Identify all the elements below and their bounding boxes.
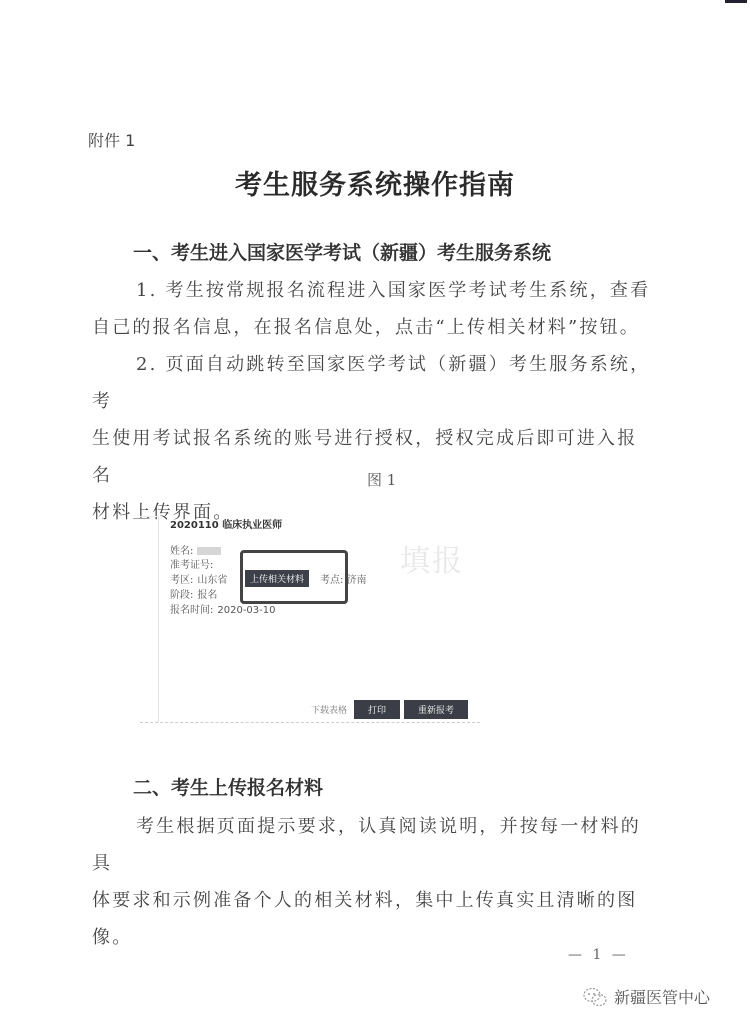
scan-corner-mark xyxy=(725,0,747,3)
page-title: 考生服务系统操作指南 xyxy=(0,163,750,202)
wechat-icon xyxy=(582,986,608,1008)
page-number: — 1 — xyxy=(568,947,629,963)
exam-site-row: 考点: 济南 xyxy=(320,571,367,586)
section2-body: 考生根据页面提示要求，认真阅读说明，并按每一材料的具 体要求和示例准备个人的相关… xyxy=(92,808,652,956)
print-button[interactable]: 打印 xyxy=(354,700,400,719)
figure1-screenshot: 填报 2020110 临床执业医师 姓名: 准考证号: 考区:山东省 阶段:报名… xyxy=(140,508,500,728)
section2-line1: 考生根据页面提示要求，认真阅读说明，并按每一材料的具 xyxy=(92,808,652,882)
redacted-name xyxy=(197,547,221,555)
ticket-row: 准考证号: xyxy=(170,556,213,571)
figure-actions: 下载表格 打印 重新报考 xyxy=(311,700,468,719)
exam-title: 2020110 临床执业医师 xyxy=(170,516,282,531)
para2-line1: 2. 页面自动跳转至国家医学考试（新疆）考生服务系统，考 xyxy=(92,346,652,420)
wechat-watermark: 新疆医管中心 xyxy=(582,985,710,1008)
figure-sidebar xyxy=(140,516,159,722)
download-form-link[interactable]: 下载表格 xyxy=(311,703,347,716)
reapply-button[interactable]: 重新报考 xyxy=(404,700,468,719)
section1-body: 1. 考生按常规报名流程进入国家医学考试考生系统，查看 自己的报名信息，在报名信… xyxy=(92,272,652,531)
section1-heading: 一、考生进入国家医学考试（新疆）考生服务系统 xyxy=(133,238,551,265)
figure-watermark: 填报 xyxy=(400,536,464,580)
wechat-account-name: 新疆医管中心 xyxy=(614,985,710,1008)
name-row: 姓名: xyxy=(170,542,221,557)
figure-caption: 图 1 xyxy=(367,469,396,490)
para1-line2: 自己的报名信息，在报名信息处，点击“上传相关材料”按钮。 xyxy=(92,309,652,346)
section2-heading: 二、考生上传报名材料 xyxy=(133,773,323,800)
region-row: 考区:山东省 xyxy=(170,571,227,586)
figure-divider xyxy=(140,722,480,723)
upload-materials-button[interactable]: 上传相关材料 xyxy=(245,570,309,587)
attachment-label: 附件 1 xyxy=(88,128,135,151)
stage-row: 阶段:报名 xyxy=(170,586,217,601)
section2-line2: 体要求和示例准备个人的相关材料，集中上传真实且清晰的图像。 xyxy=(92,882,652,956)
para1-line1: 1. 考生按常规报名流程进入国家医学考试考生系统，查看 xyxy=(92,272,652,309)
